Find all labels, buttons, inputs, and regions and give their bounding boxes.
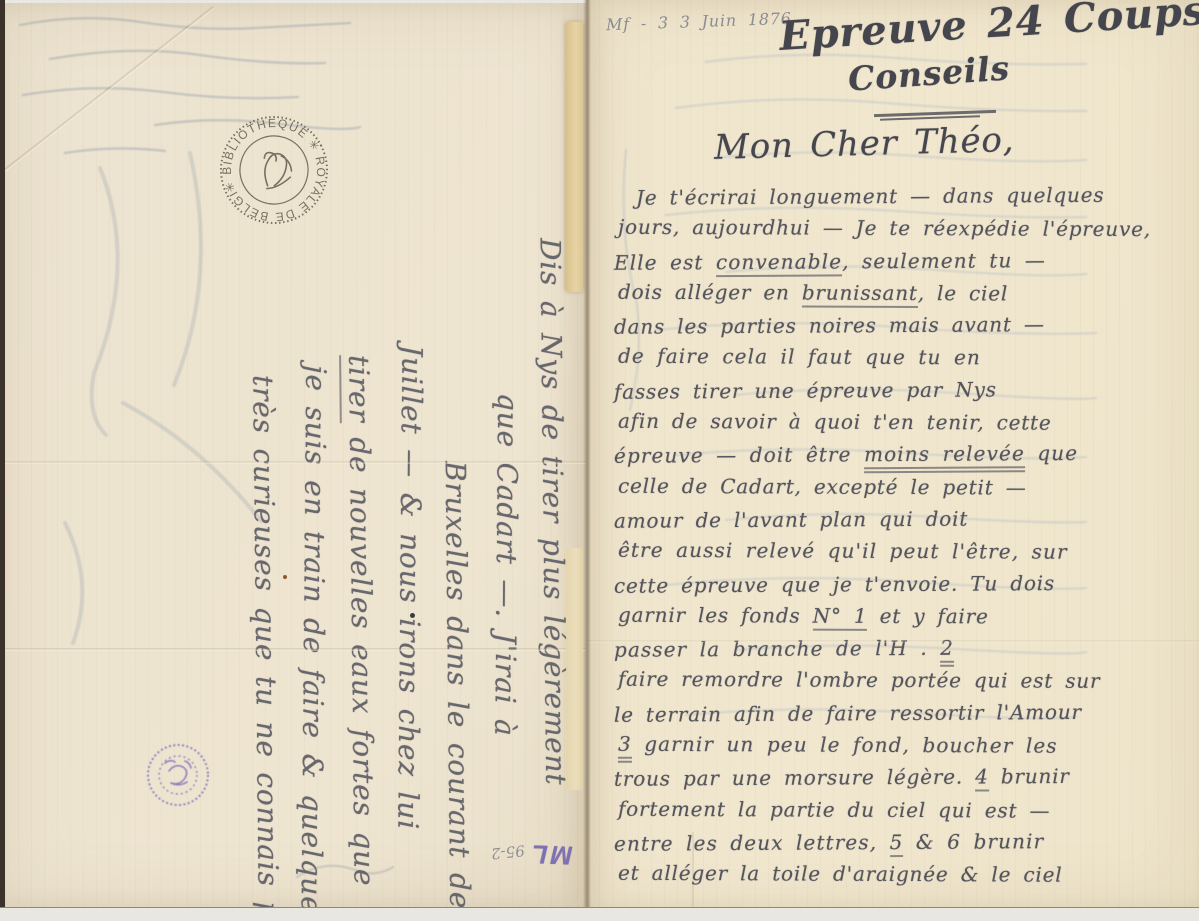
margin-note-line: je suis en train de faire & quelques pla…	[287, 365, 340, 907]
letter-line: et alléger la toile d'araignée & le ciel	[618, 857, 1192, 892]
margin-note-rotated: Dis à Nys de tirer plus légèrement que C…	[233, 233, 577, 907]
letter-line: Elle est convenable, seulement tu —	[614, 243, 1192, 279]
page-gutter-seam	[583, 0, 591, 907]
letter-line: fasses tirer une épreuve par Nys	[614, 372, 1192, 408]
letter-line: celle de Cadart, excepté le petit —	[618, 469, 1192, 504]
margin-note-line: Bruxelles dans le courant de	[431, 461, 484, 907]
royal-library-stamp-text: ✳ BIBLIOTHEQUE ✳ ROYALE DE BELGIQUE	[209, 105, 339, 235]
margin-note-line: tirer de nouvelles eaux fortes que	[334, 355, 388, 907]
letter-line: de faire cela il faut que tu en	[618, 340, 1192, 375]
repair-tape-top	[565, 22, 583, 292]
letter-line: épreuve — doit être moins relevée que	[614, 437, 1192, 473]
letter-line: cette épreuve que je t'envoie. Tu dois	[614, 566, 1192, 602]
margin-note-line: très curieuses que tu ne connais pas — o…	[238, 375, 292, 907]
letter-line: amour de l'avant plan qui doit	[614, 501, 1192, 537]
letter-line: dois alléger en brunissant, le ciel	[618, 276, 1192, 311]
letter-line: faire remordre l'ombre portée qui est su…	[618, 663, 1192, 698]
letter-line: jours, aujourdhui — Je te réexpédie l'ép…	[618, 211, 1192, 246]
letter-line: garnir les fonds N° 1 et y faire	[618, 599, 1192, 634]
ink-spot	[410, 613, 415, 618]
scan-left-edge	[0, 0, 5, 907]
pencil-inventory-note: 95-2	[490, 841, 525, 862]
letter-line: entre les deux lettres, 5 & 6 brunir	[614, 824, 1192, 860]
letter-line: le terrain afin de faire ressortir l'Amo…	[614, 695, 1192, 731]
svg-text:✳ BIBLIOTHEQUE ✳ ROYALE DE BEL: ✳ BIBLIOTHEQUE ✳ ROYALE DE BELGIQUE	[209, 105, 339, 235]
scanned-letter: ✳ BIBLIOTHEQUE ✳ ROYALE DE BELGIQUE Dis …	[0, 0, 1199, 921]
salutation: Mon Cher Théo,	[714, 120, 1015, 168]
owner-mark-ml: ML	[528, 838, 573, 871]
rust-spot	[283, 575, 287, 579]
letter-body: Je t'écrirai longuement — dans quelques …	[614, 180, 1192, 891]
archival-date-note: Mf - 3 3 Juin 1876	[606, 9, 792, 34]
royal-library-stamp-icon: ✳ BIBLIOTHEQUE ✳ ROYALE DE BELGIQUE	[209, 105, 339, 235]
letter-line: être aussi relevé qu'il peut l'être, sur	[618, 534, 1192, 569]
letter-line: dans les parties noires mais avant —	[614, 307, 1192, 343]
margin-note-line: que Cadart —. J'irai à	[479, 393, 532, 907]
letter-line: fortement la partie du ciel qui est —	[618, 792, 1192, 827]
letter-right-page: Mf - 3 3 Juin 1876 Epreuve 24 Coups Cons…	[586, 0, 1199, 909]
repair-tape-bottom	[566, 548, 583, 790]
letter-line: passer la branche de l'H . 2	[614, 630, 1192, 666]
corner-crease	[5, 6, 214, 192]
letter-line: trous par une morsure légère. 4 brunir	[614, 760, 1192, 796]
letter-left-page: ✳ BIBLIOTHEQUE ✳ ROYALE DE BELGIQUE Dis …	[5, 3, 586, 907]
letter-line: Je t'écrirai longuement — dans quelques	[614, 178, 1192, 214]
margin-note-line: Juillet — & nous irons chez lui	[383, 345, 436, 907]
violet-stamp-icon	[141, 741, 215, 811]
fold-crease	[692, 832, 694, 909]
letter-line: 3 garnir un peu le fond, boucher les	[618, 728, 1192, 763]
letter-line: afin de savoir à quoi t'en tenir, cette	[618, 405, 1192, 440]
scanner-bed-strip	[0, 907, 1199, 921]
letter-subtitle: Conseils	[847, 48, 1011, 98]
